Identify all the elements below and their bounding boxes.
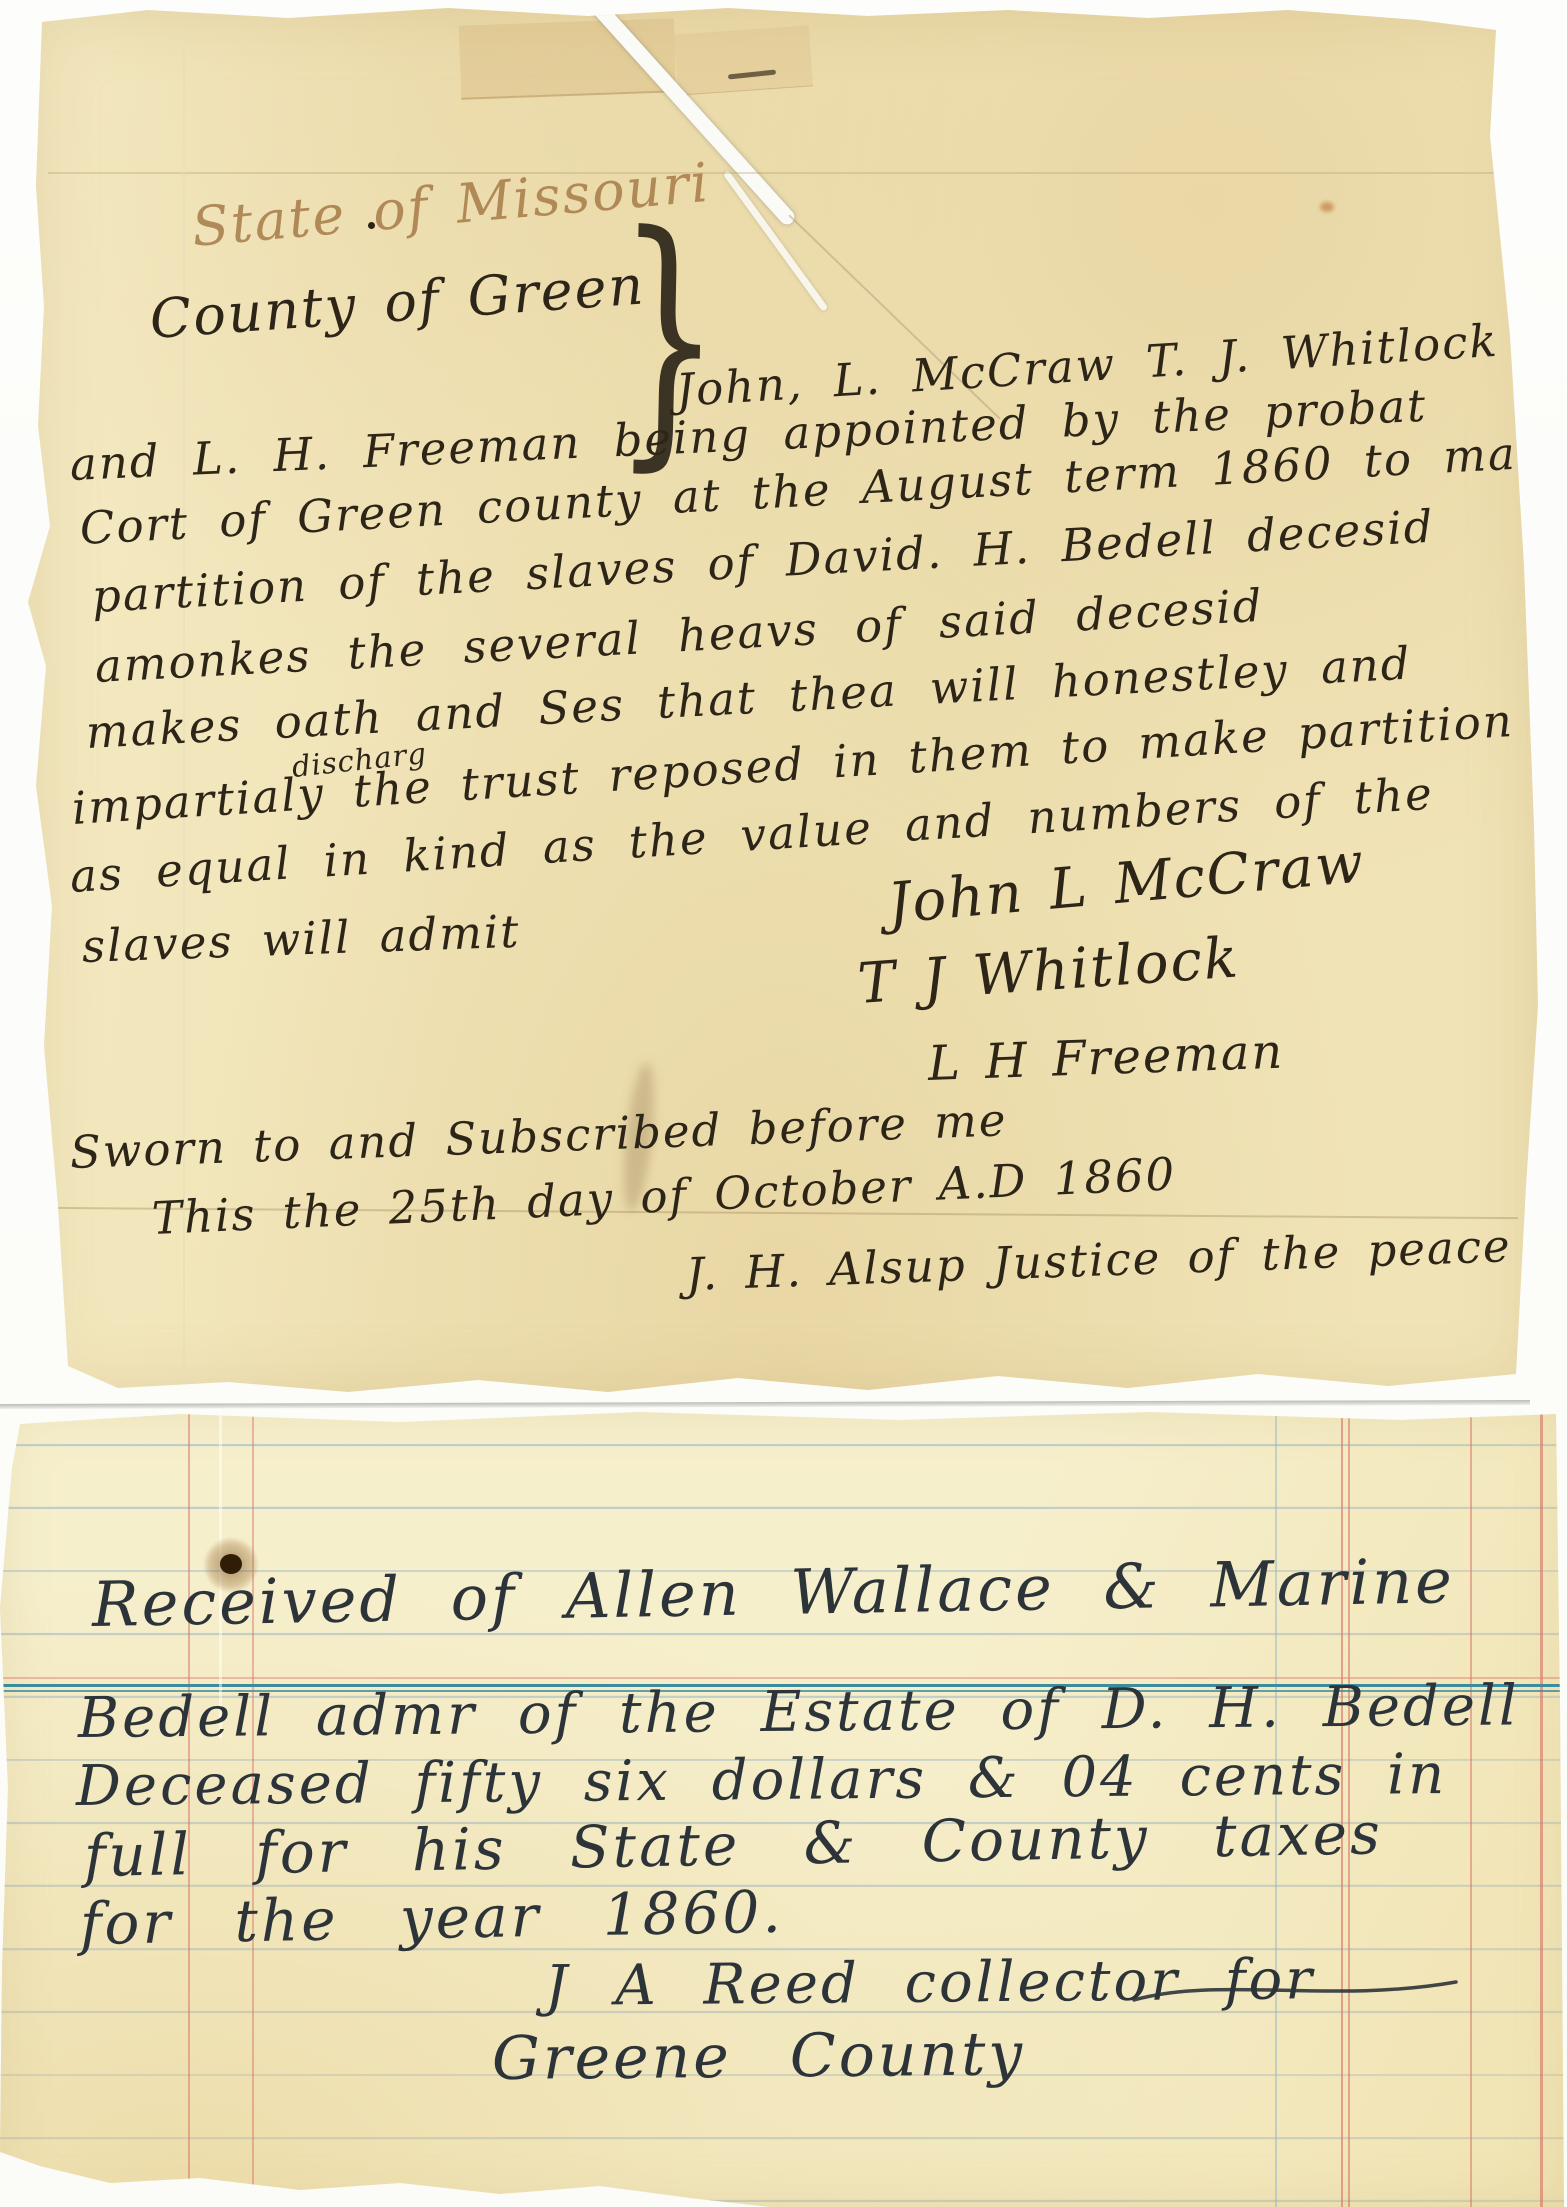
receipt-line: Bedell admr of the Estate of D. H. Bedel… [78,1673,1520,1751]
stain-spot [1320,202,1334,212]
tape-repair [674,25,813,95]
tear-mark [723,170,829,312]
receipt-line: Received of Allen Wallace & Marine [91,1544,1455,1641]
signature: T J Whitlock [856,925,1242,1017]
page-edge-shadow [0,1400,1530,1409]
attestation-line: J. H. Alsup Justice of the peace [685,1219,1512,1301]
crease-line [48,172,1508,174]
ruled-line-red [1540,1408,1543,2207]
county-line: County of Green [148,253,647,350]
top-document-page: State of Missouri County of Green } John… [28,6,1538,1398]
receipt-line: for the year 1860. [79,1878,784,1958]
signature: L H Freeman [927,1024,1285,1092]
receipt-line: Greene County [492,2019,1026,2094]
body-line: slaves will admit [81,905,521,973]
ruled-line-red [1470,1408,1472,2207]
bottom-document-page: Received of Allen Wallace & Marine Bedel… [0,1408,1567,2207]
signature-flourish [1130,1970,1460,2014]
scanned-document: State of Missouri County of Green } John… [0,0,1567,2207]
